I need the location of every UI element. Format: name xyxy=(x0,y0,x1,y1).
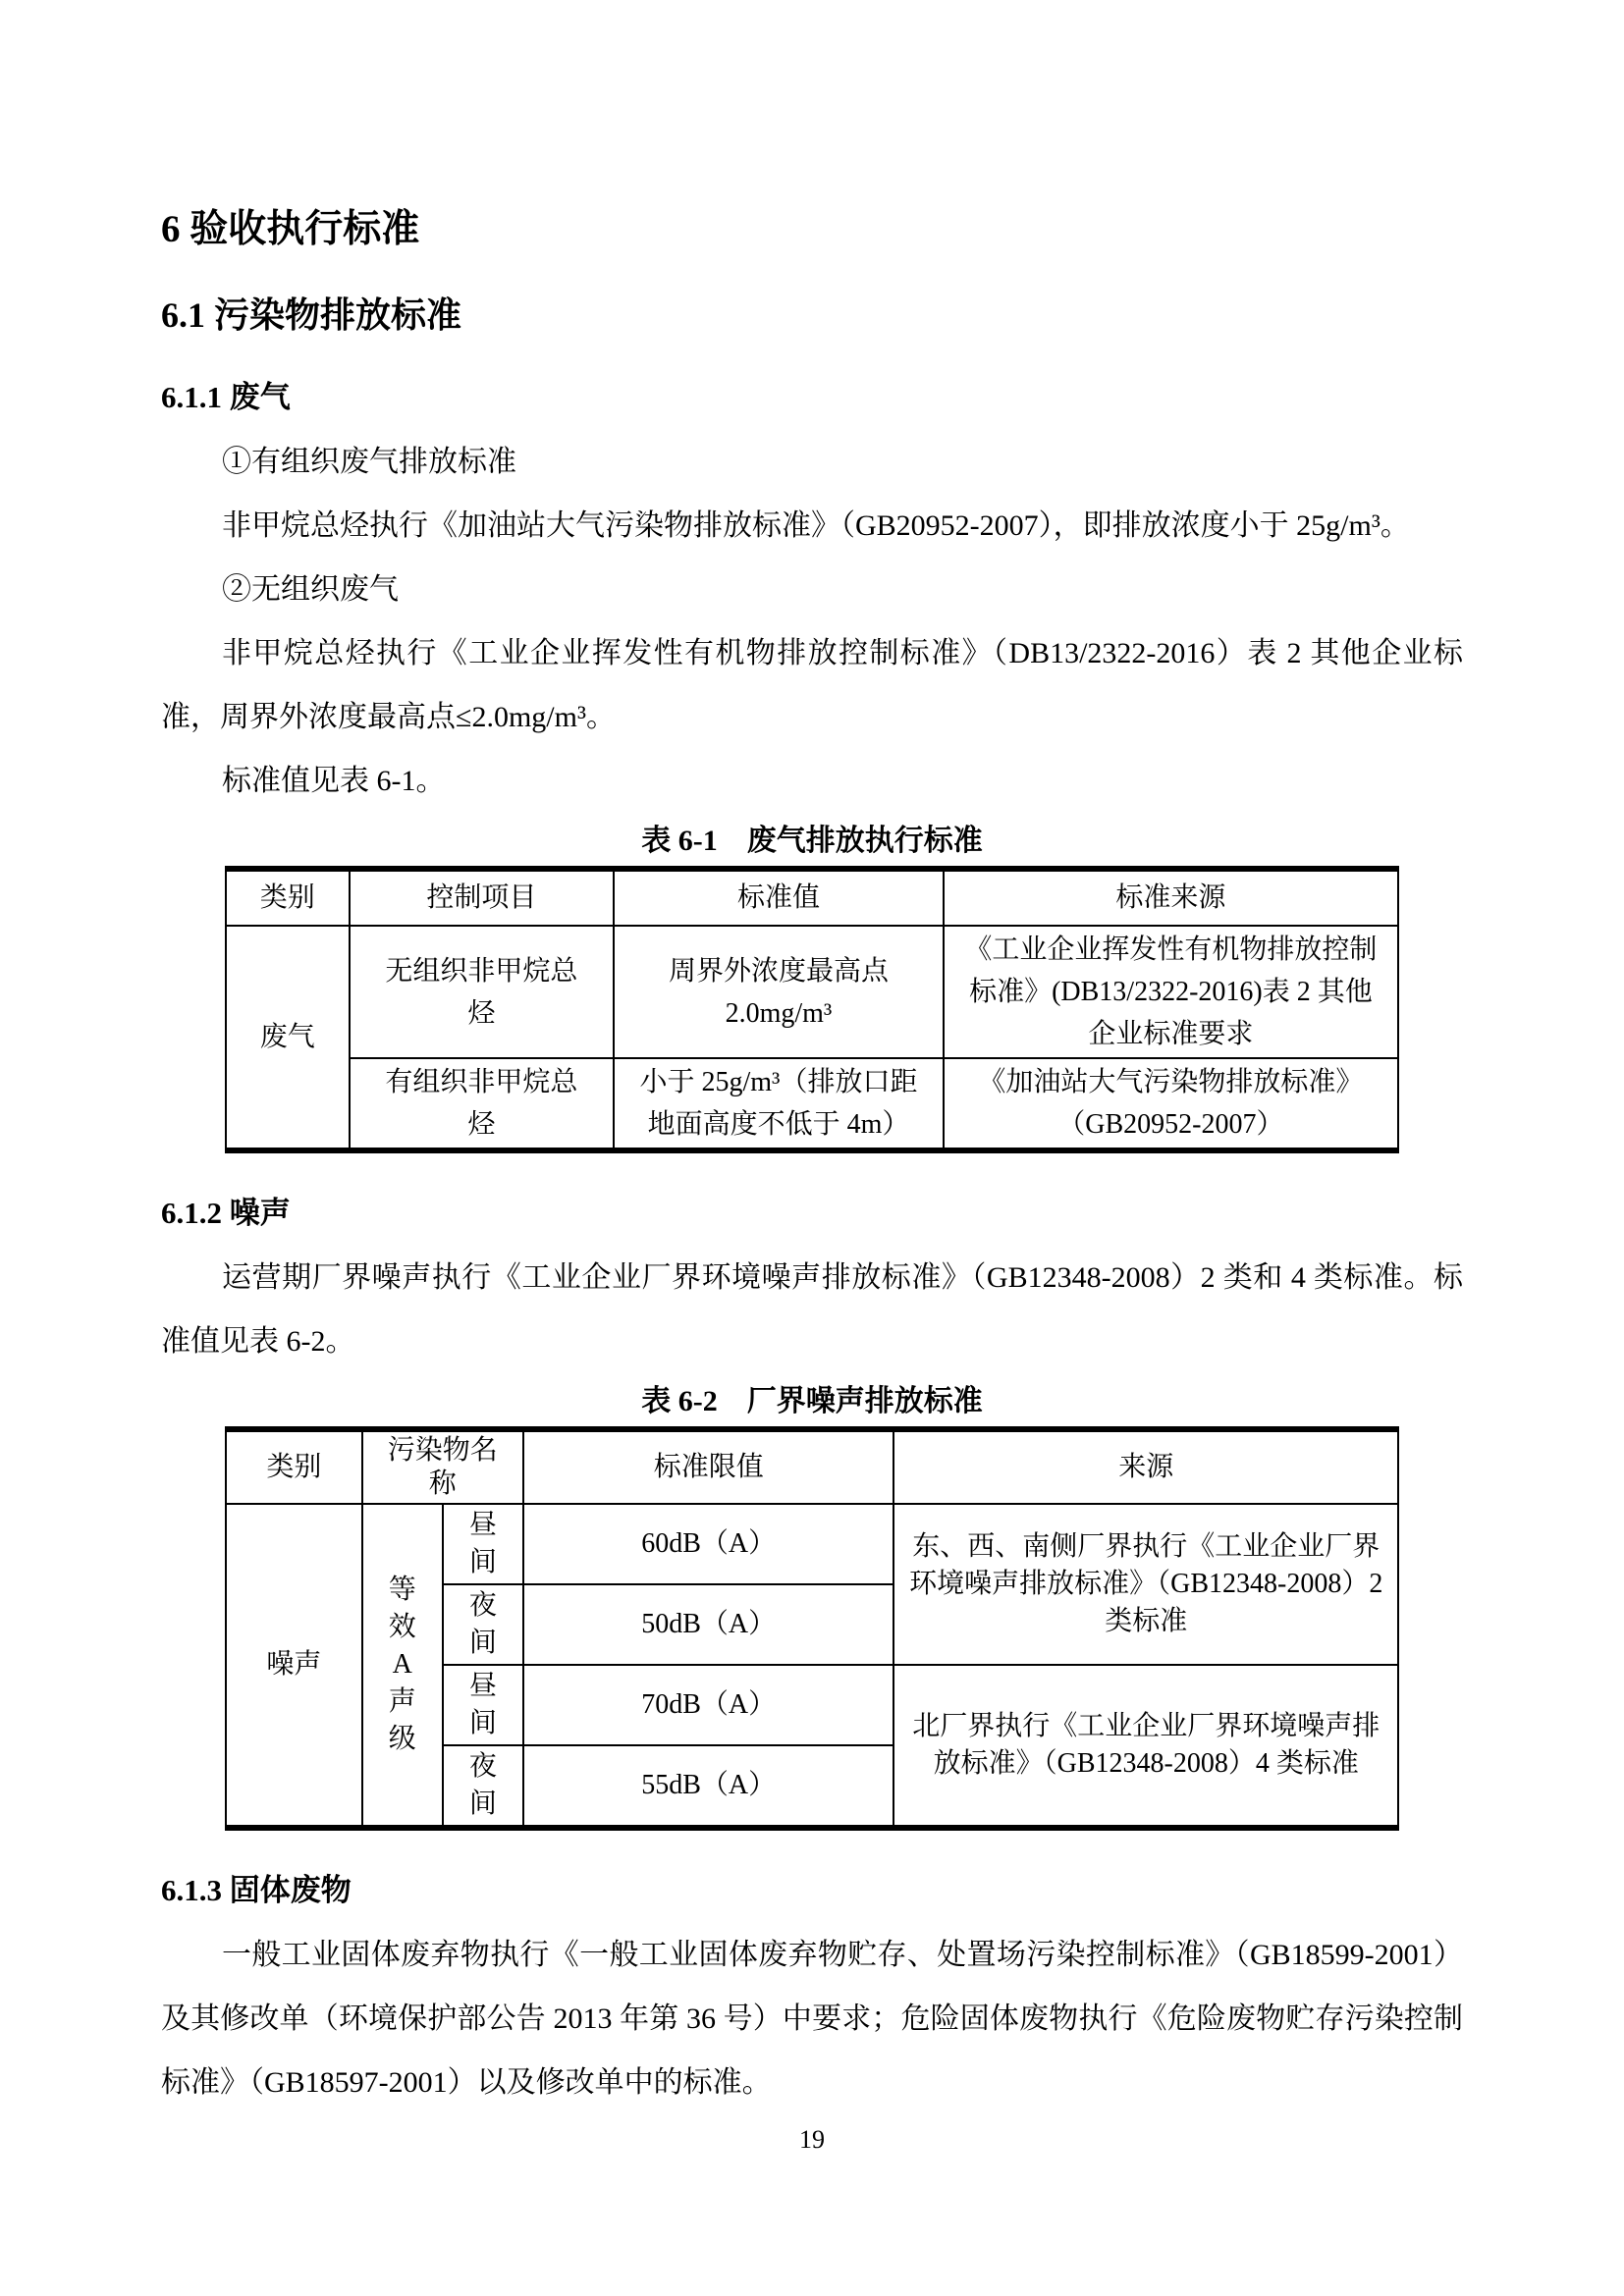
noise-paragraph: 运营期厂界噪声执行《工业企业厂界环境噪声排放标准》（GB12348-2008）2… xyxy=(161,1246,1463,1373)
table1-header-category: 类别 xyxy=(226,869,350,926)
table2-caption: 表 6-2 厂界噪声排放标准 xyxy=(161,1381,1463,1422)
table1-header-item: 控制项目 xyxy=(350,869,615,926)
table1-header-source: 标准来源 xyxy=(944,869,1398,926)
table1-source-cell: 《加油站大气污染物排放标准》（GB20952-2007） xyxy=(944,1058,1398,1150)
table2-header-pollutant: 污染物名称 xyxy=(362,1429,523,1504)
table2-period-cell: 昼间 xyxy=(443,1504,523,1584)
organized-gas-paragraph: 非甲烷总烃执行《加油站大气污染物排放标准》（GB20952-2007），即排放浓… xyxy=(161,494,1463,558)
table2-limit-cell: 50dB（A） xyxy=(523,1584,893,1665)
solid-waste-heading: 6.1.3 固体废物 xyxy=(161,1870,1463,1911)
table2-period-cell: 昼间 xyxy=(443,1665,523,1745)
document-page: 6 验收执行标准 6.1 污染物排放标准 6.1.1 废气 ①有组织废气排放标准… xyxy=(0,0,1624,2296)
table2-category-cell: 噪声 xyxy=(226,1504,362,1828)
table1-item-cell: 有组织非甲烷总烃 xyxy=(350,1058,615,1150)
table1-source-cell: 《工业企业挥发性有机物排放控制标准》(DB13/2322-2016)表 2 其他… xyxy=(944,926,1398,1058)
page-number: 19 xyxy=(0,2125,1624,2155)
subsection-heading: 6.1 污染物排放标准 xyxy=(161,293,1463,338)
page-content: 6 验收执行标准 6.1 污染物排放标准 6.1.1 废气 ①有组织废气排放标准… xyxy=(161,0,1463,2114)
noise-heading: 6.1.2 噪声 xyxy=(161,1193,1463,1234)
organized-gas-label: ①有组织废气排放标准 xyxy=(161,430,1463,494)
table1-header-value: 标准值 xyxy=(614,869,944,926)
table-row: 废气 无组织非甲烷总烃 周界外浓度最高点 2.0mg/m³ 《工业企业挥发性有机… xyxy=(226,926,1398,1058)
table2-period-cell: 夜间 xyxy=(443,1584,523,1665)
table2-limit-cell: 60dB（A） xyxy=(523,1504,893,1584)
unorganized-gas-paragraph: 非甲烷总烃执行《工业企业挥发性有机物排放控制标准》（DB13/2322-2016… xyxy=(161,621,1463,749)
table-row: 噪声 等效 A 声级 昼间 60dB（A） 东、西、南侧厂界执行《工业企业厂界环… xyxy=(226,1504,1398,1584)
table-row: 有组织非甲烷总烃 小于 25g/m³（排放口距地面高度不低于 4m） 《加油站大… xyxy=(226,1058,1398,1150)
table2-source-cell: 东、西、南侧厂界执行《工业企业厂界环境噪声排放标准》（GB12348-2008）… xyxy=(893,1504,1398,1665)
table2-pollutant-cell: 等效 A 声级 xyxy=(362,1504,443,1828)
table1-value-cell: 周界外浓度最高点 2.0mg/m³ xyxy=(614,926,944,1058)
table1-header-row: 类别 控制项目 标准值 标准来源 xyxy=(226,869,1398,926)
table1-caption: 表 6-1 废气排放执行标准 xyxy=(161,821,1463,862)
table2-period-cell: 夜间 xyxy=(443,1745,523,1828)
table2-limit-cell: 70dB（A） xyxy=(523,1665,893,1745)
table2-header-limit: 标准限值 xyxy=(523,1429,893,1504)
table1-value-cell: 小于 25g/m³（排放口距地面高度不低于 4m） xyxy=(614,1058,944,1150)
noise-standards-table: 类别 污染物名称 标准限值 来源 噪声 等效 A 声级 昼间 60dB（A） 东… xyxy=(225,1426,1399,1831)
table2-source-cell: 北厂界执行《工业企业厂界环境噪声排放标准》（GB12348-2008）4 类标准 xyxy=(893,1665,1398,1828)
waste-gas-heading: 6.1.1 废气 xyxy=(161,377,1463,418)
section-heading: 6 验收执行标准 xyxy=(161,206,1463,253)
table1-item-cell: 无组织非甲烷总烃 xyxy=(350,926,615,1058)
unorganized-gas-label: ②无组织废气 xyxy=(161,558,1463,621)
see-table1-paragraph: 标准值见表 6-1。 xyxy=(161,749,1463,813)
table2-header-source: 来源 xyxy=(893,1429,1398,1504)
waste-gas-standards-table: 类别 控制项目 标准值 标准来源 废气 无组织非甲烷总烃 周界外浓度最高点 2.… xyxy=(225,866,1399,1153)
table2-limit-cell: 55dB（A） xyxy=(523,1745,893,1828)
table1-category-cell: 废气 xyxy=(226,926,350,1150)
table2-header-category: 类别 xyxy=(226,1429,362,1504)
solid-waste-paragraph: 一般工业固体废弃物执行《一般工业固体废弃物贮存、处置场污染控制标准》（GB185… xyxy=(161,1923,1463,2114)
table2-header-row: 类别 污染物名称 标准限值 来源 xyxy=(226,1429,1398,1504)
